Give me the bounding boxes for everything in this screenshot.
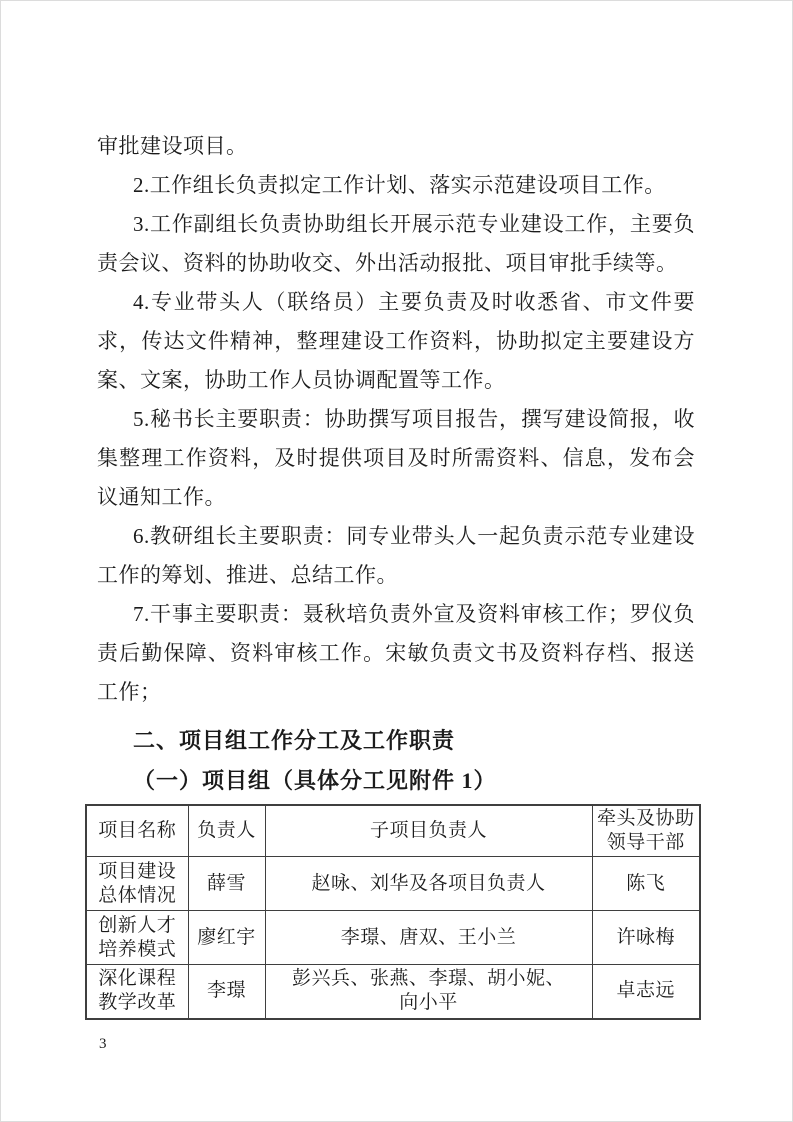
table-header-leader: 负责人 <box>188 805 265 857</box>
section-heading: 二、项目组工作分工及工作职责 <box>97 721 695 761</box>
table-cell-project-name: 项目建设 总体情况 <box>86 857 188 911</box>
paragraph-item-3: 3.工作副组长负责协助组长开展示范专业建设工作，主要负责会议、资料的协助收交、外… <box>97 205 695 283</box>
table-cell-lead-cadres: 陈飞 <box>592 857 700 911</box>
paragraph-item-6: 6.教研组长主要职责：同专业带头人一起负责示范专业建设工作的筹划、推进、总结工作… <box>97 517 695 595</box>
table-header-lead-cadres: 牵头及协助 领导干部 <box>592 805 700 857</box>
table-cell-subproject-leaders: 彭兴兵、张燕、李璟、胡小妮、 向小平 <box>265 965 592 1019</box>
document-page: 审批建设项目。 2.工作组长负责拟定工作计划、落实示范建设项目工作。 3.工作副… <box>0 0 793 1122</box>
paragraph-item-5: 5.秘书长主要职责：协助撰写项目报告，撰写建设简报，收集整理工作资料，及时提供项… <box>97 400 695 517</box>
table-cell-leader: 廖红宇 <box>188 911 265 965</box>
table-cell-project-name: 深化课程 教学改革 <box>86 965 188 1019</box>
paragraph-item-7: 7.干事主要职责：聂秋培负责外宣及资料审核工作；罗仪负责后勤保障、资料审核工作。… <box>97 595 695 712</box>
paragraph-item-2: 2.工作组长负责拟定工作计划、落实示范建设项目工作。 <box>97 166 695 205</box>
project-assignment-table: 项目名称 负责人 子项目负责人 牵头及协助 领导干部 项目建设 总体情况 薛雪 … <box>85 804 701 1020</box>
table-row: 项目建设 总体情况 薛雪 赵咏、刘华及各项目负责人 陈飞 <box>86 857 700 911</box>
table-cell-subproject-leaders: 李璟、唐双、王小兰 <box>265 911 592 965</box>
paragraph-item-4: 4.专业带头人（联络员）主要负责及时收悉省、市文件要求，传达文件精神，整理建设工… <box>97 283 695 400</box>
table-cell-leader: 薛雪 <box>188 857 265 911</box>
table-cell-leader: 李璟 <box>188 965 265 1019</box>
paragraph-continuation: 审批建设项目。 <box>97 127 695 166</box>
subsection-heading: （一）项目组（具体分工见附件 1） <box>97 761 695 801</box>
table-header-row: 项目名称 负责人 子项目负责人 牵头及协助 领导干部 <box>86 805 700 857</box>
document-body: 审批建设项目。 2.工作组长负责拟定工作计划、落实示范建设项目工作。 3.工作副… <box>97 127 695 1020</box>
table-cell-lead-cadres: 卓志远 <box>592 965 700 1019</box>
table-row: 深化课程 教学改革 李璟 彭兴兵、张燕、李璟、胡小妮、 向小平 卓志远 <box>86 965 700 1019</box>
table-header-project-name: 项目名称 <box>86 805 188 857</box>
table-row: 创新人才 培养模式 廖红宇 李璟、唐双、王小兰 许咏梅 <box>86 911 700 965</box>
table-cell-subproject-leaders: 赵咏、刘华及各项目负责人 <box>265 857 592 911</box>
table-header-subproject-leaders: 子项目负责人 <box>265 805 592 857</box>
page-number: 3 <box>99 1036 107 1053</box>
table-cell-project-name: 创新人才 培养模式 <box>86 911 188 965</box>
table-cell-lead-cadres: 许咏梅 <box>592 911 700 965</box>
